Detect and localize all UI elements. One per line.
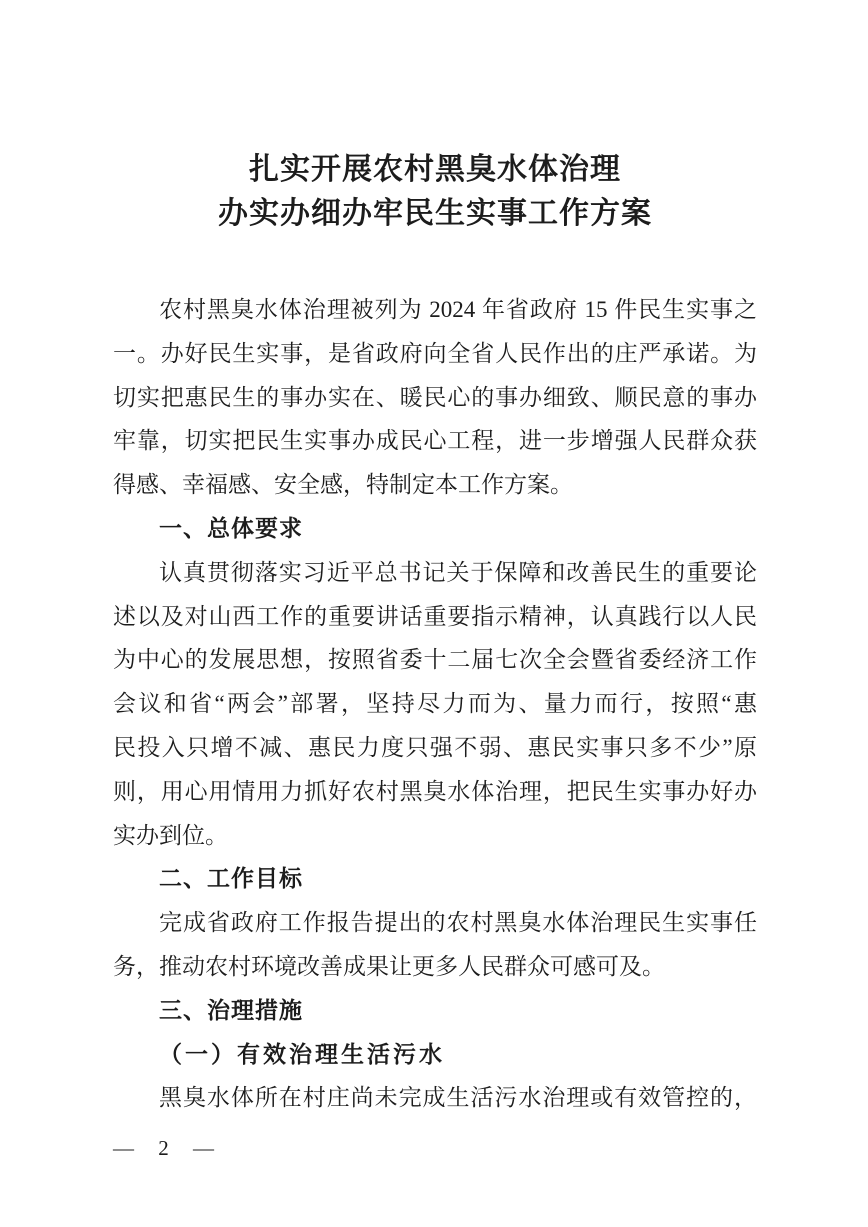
text-line: 务，推动农村环境改善成果让更多人民群众可感可及。 <box>113 945 757 989</box>
text-line: 述以及对山西工作的重要讲话重要指示精神，认真践行以人民 <box>113 595 757 639</box>
text-line: 认真贯彻落实习近平总书记关于保障和改善民生的重要论 <box>113 551 757 595</box>
paragraph-sewage-treatment: 黑臭水体所在村庄尚未完成生活污水治理或有效管控的， <box>113 1076 757 1120</box>
text-line: 为中心的发展思想，按照省委十二届七次全会暨省委经济工作 <box>113 638 757 682</box>
paragraph-overall-requirements: 认真贯彻落实习近平总书记关于保障和改善民生的重要论述以及对山西工作的重要讲话重要… <box>113 551 757 858</box>
page-number: — 2 — <box>113 1136 219 1161</box>
section-heading-1: 一、总体要求 <box>113 507 757 551</box>
document-content: 扎实开展农村黑臭水体治理 办实办细办牢民生实事工作方案 农村黑臭水体治理被列为 … <box>0 148 868 1120</box>
text-line: 得感、幸福感、安全感，特制定本工作方案。 <box>113 463 757 507</box>
document-title: 扎实开展农村黑臭水体治理 办实办细办牢民生实事工作方案 <box>113 148 757 236</box>
text-line: 完成省政府工作报告提出的农村黑臭水体治理民生实事任 <box>113 901 757 945</box>
text-line: 一。办好民生实事，是省政府向全省人民作出的庄严承诺。为 <box>113 332 757 376</box>
text-line: 实办到位。 <box>113 814 757 858</box>
document-title-line-1: 扎实开展农村黑臭水体治理 <box>113 148 757 192</box>
subsection-heading-1: （一）有效治理生活污水 <box>113 1033 757 1077</box>
text-line: 切实把惠民生的事办实在、暖民心的事办细致、顺民意的事办 <box>113 376 757 420</box>
section-heading-2: 二、工作目标 <box>113 857 757 901</box>
text-line: 会议和省“两会”部署，坚持尽力而为、量力而行，按照“惠 <box>113 682 757 726</box>
text-line: 则，用心用情用力抓好农村黑臭水体治理，把民生实事办好办 <box>113 770 757 814</box>
text-line: 牢靠，切实把民生实事办成民心工程，进一步增强人民群众获 <box>113 419 757 463</box>
document-title-line-2: 办实办细办牢民生实事工作方案 <box>113 192 757 236</box>
paragraph-work-goals: 完成省政府工作报告提出的农村黑臭水体治理民生实事任务，推动农村环境改善成果让更多… <box>113 901 757 989</box>
text-line: 民投入只增不减、惠民力度只强不弱、惠民实事只多不少”原 <box>113 726 757 770</box>
paragraph-intro: 农村黑臭水体治理被列为 2024 年省政府 15 件民生实事之一。办好民生实事，… <box>113 288 757 507</box>
text-line: 农村黑臭水体治理被列为 2024 年省政府 15 件民生实事之 <box>113 288 757 332</box>
section-heading-3: 三、治理措施 <box>113 989 757 1033</box>
document-page: 扎实开展农村黑臭水体治理 办实办细办牢民生实事工作方案 农村黑臭水体治理被列为 … <box>0 0 868 1227</box>
text-line: 黑臭水体所在村庄尚未完成生活污水治理或有效管控的， <box>113 1076 757 1120</box>
